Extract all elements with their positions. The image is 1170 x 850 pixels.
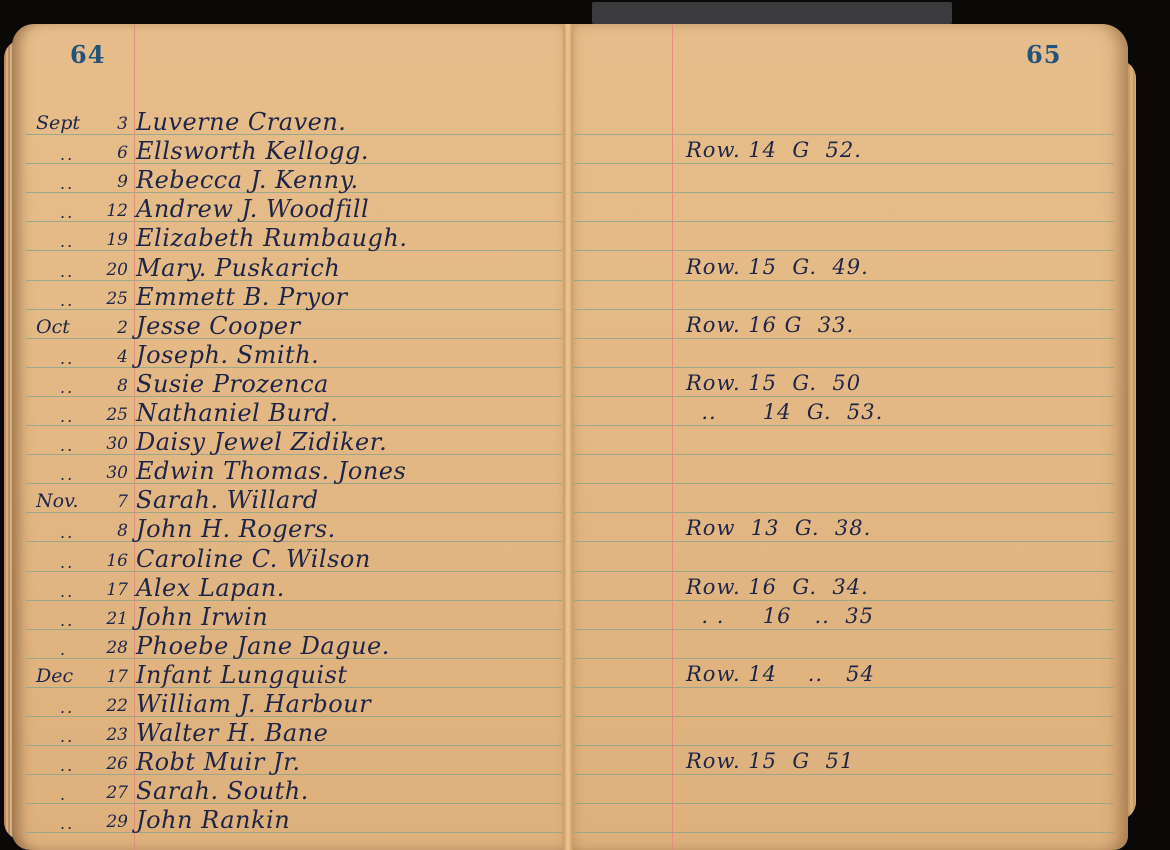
plot-location: Row. 15 G. 50 [686, 371, 861, 395]
entry-name: Mary. Puskarich [136, 254, 340, 282]
ruled-line [26, 629, 562, 630]
plot-location: Row. 16 G 33. [686, 313, 854, 337]
background-object [592, 2, 952, 24]
ditto-mark: .. [60, 814, 74, 833]
entry-day: 25 [88, 289, 128, 309]
entry-day: 30 [88, 463, 128, 483]
ruled-line [574, 280, 1114, 281]
entry-name: Ellsworth Kellogg. [136, 137, 369, 165]
ditto-mark: .. [60, 203, 74, 222]
plot-location: Row 13 G. 38. [686, 516, 871, 540]
ruled-line [574, 571, 1114, 572]
ruled-line [574, 163, 1114, 164]
ditto-mark: .. [60, 407, 74, 426]
page-number-right: 65 [1026, 40, 1061, 69]
entry-name: Nathaniel Burd. [136, 399, 338, 427]
entry-day: 29 [88, 812, 128, 832]
ditto-mark: .. [60, 232, 74, 251]
ruled-line [574, 716, 1114, 717]
entry-name: Emmett B. Pryor [136, 283, 348, 311]
ruled-line [574, 687, 1114, 688]
entry-name: John Rankin [136, 806, 290, 834]
ruled-line [574, 250, 1114, 251]
entry-name: Robt Muir Jr. [136, 748, 301, 776]
entry-name: Daisy Jewel Zidiker. [136, 428, 387, 456]
ditto-mark: .. [60, 523, 74, 542]
open-notebook: 64 65 Sept3Luverne Craven...6Ellsworth K… [0, 0, 1170, 850]
entry-day: 21 [88, 609, 128, 629]
book-gutter [563, 24, 573, 850]
entry-day: 9 [88, 172, 128, 192]
ditto-mark: . [60, 640, 67, 659]
entry-name: Jesse Cooper [136, 312, 301, 340]
entry-day: 4 [88, 347, 128, 367]
ditto-mark: .. [60, 553, 74, 572]
left-margin-line [134, 24, 135, 850]
entry-name: Andrew J. Woodfill [136, 195, 369, 223]
ruled-line [574, 774, 1114, 775]
entry-day: 28 [88, 638, 128, 658]
entry-name: Alex Lapan. [136, 574, 285, 602]
ruled-line [574, 512, 1114, 513]
entry-name: Sarah. Willard [136, 486, 319, 514]
plot-location: Row. 16 G. 34. [686, 575, 869, 599]
ruled-line [574, 396, 1114, 397]
entry-day: 20 [88, 260, 128, 280]
ruled-line [574, 134, 1114, 135]
entry-day: 7 [88, 492, 128, 512]
entry-day: 8 [88, 521, 128, 541]
entry-name: Susie Prozenca [136, 370, 329, 398]
page-number-left: 64 [70, 40, 105, 69]
ruled-line [574, 192, 1114, 193]
entry-month: Oct [36, 316, 70, 338]
entry-day: 30 [88, 434, 128, 454]
ditto-mark: .. [60, 611, 74, 630]
entry-day: 22 [88, 696, 128, 716]
ruled-line [574, 629, 1114, 630]
entry-month: Dec [36, 665, 73, 687]
ruled-line [574, 803, 1114, 804]
ditto-mark: .. [60, 436, 74, 455]
entry-name: Walter H. Bane [136, 719, 328, 747]
ditto-mark: .. [60, 727, 74, 746]
entry-month: Nov. [36, 490, 79, 512]
ditto-mark: .. [60, 349, 74, 368]
entry-day: 12 [88, 201, 128, 221]
plot-location: Row. 14 .. 54 [686, 662, 875, 686]
entry-day: 2 [88, 318, 128, 338]
entry-day: 19 [88, 230, 128, 250]
entry-name: John H. Rogers. [136, 515, 336, 543]
ditto-mark: .. [60, 174, 74, 193]
entry-day: 17 [88, 667, 128, 687]
ruled-line [574, 745, 1114, 746]
entry-day: 25 [88, 405, 128, 425]
entry-name: Joseph. Smith. [136, 341, 319, 369]
ruled-line [574, 367, 1114, 368]
ruled-line [574, 832, 1114, 833]
entry-name: William J. Harbour [136, 690, 371, 718]
entry-name: Sarah. South. [136, 777, 309, 805]
entry-day: 27 [88, 783, 128, 803]
ruled-line [26, 600, 562, 601]
entry-day: 17 [88, 580, 128, 600]
ditto-mark: .. [60, 378, 74, 397]
entry-day: 16 [88, 551, 128, 571]
ruled-line [574, 483, 1114, 484]
entry-name: Caroline C. Wilson [136, 545, 371, 573]
plot-location: . . 16 .. 35 [686, 604, 874, 628]
ruled-line [574, 221, 1114, 222]
entry-day: 23 [88, 725, 128, 745]
ditto-mark: . [60, 785, 67, 804]
ruled-line [574, 425, 1114, 426]
entry-day: 8 [88, 376, 128, 396]
entry-name: Elizabeth Rumbaugh. [136, 224, 407, 252]
entry-day: 6 [88, 143, 128, 163]
entry-name: Infant Lungquist [136, 661, 348, 689]
ditto-mark: .. [60, 145, 74, 164]
entry-name: John Irwin [136, 603, 268, 631]
ruled-line [574, 658, 1114, 659]
ditto-mark: .. [60, 756, 74, 775]
ruled-line [574, 600, 1114, 601]
plot-location: Row. 14 G 52. [686, 138, 862, 162]
entry-name: Rebecca J. Kenny. [136, 166, 359, 194]
entry-day: 26 [88, 754, 128, 774]
entry-month: Sept [36, 112, 80, 134]
entry-name: Luverne Craven. [136, 108, 346, 136]
ruled-line [574, 541, 1114, 542]
ruled-line [574, 454, 1114, 455]
entry-name: Edwin Thomas. Jones [136, 457, 406, 485]
ruled-line [574, 338, 1114, 339]
ditto-mark: .. [60, 698, 74, 717]
plot-location: .. 14 G. 53. [686, 400, 883, 424]
plot-location: Row. 15 G. 49. [686, 255, 869, 279]
plot-location: Row. 15 G 51 [686, 749, 854, 773]
ditto-mark: .. [60, 582, 74, 601]
ditto-mark: .. [60, 465, 74, 484]
ditto-mark: .. [60, 291, 74, 310]
right-margin-line [672, 24, 673, 850]
ditto-mark: .. [60, 262, 74, 281]
ruled-line [574, 309, 1114, 310]
entry-day: 3 [88, 114, 128, 134]
entry-name: Phoebe Jane Dague. [136, 632, 390, 660]
ruled-line [26, 832, 562, 833]
